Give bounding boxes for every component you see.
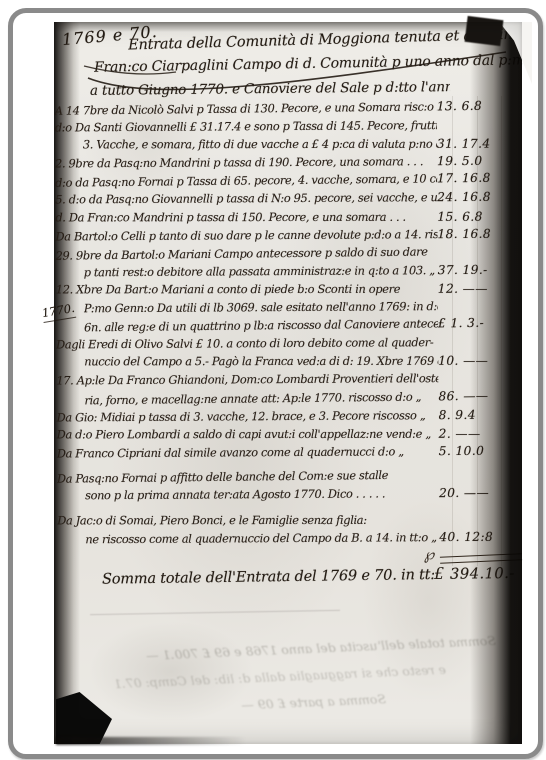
entry-text: 3. Vacche, e somara, fitto di due vacche… <box>83 135 437 154</box>
page-right-gutter-shadow <box>470 22 522 744</box>
ledger-line: p tanti rest:o debitore alla passata amm… <box>70 260 516 281</box>
entry-text: Da d:o Piero Lombardi a saldo di capi av… <box>57 424 439 443</box>
ledger-line: Dagli Eredi di Olivo Salvi £ 10. a conto… <box>70 333 516 354</box>
page-bottom-edge-shadow <box>56 737 246 745</box>
ledger-line: 5. d:o da Pasq:no Giovannelli p tassa di… <box>69 188 515 209</box>
lira-currency-sign: £ <box>434 564 450 583</box>
ledger-line: d. Da Fran:co Mandrini p tassa di 150. P… <box>69 207 515 226</box>
ledger-line: 3. Vacche, e somara, fitto di due vacche… <box>69 135 515 154</box>
entry-text: nuccio del Campo a 5.- Pagò la Franca ve… <box>84 352 438 371</box>
ledger-lines: A 14 7bre da Nicolò Salvi p Tassa di 130… <box>69 98 518 549</box>
entry-text: Da Gio: Midiai p tassa di 3. vacche, 12.… <box>57 406 439 426</box>
ledger-line: Da d:o Piero Lombardi a saldo di capi av… <box>71 424 517 443</box>
entry-text: sono p la prima annata ter:ata Agosto 17… <box>85 484 439 504</box>
ledger-line: ne riscosso come al quadernuccio del Cam… <box>71 528 517 549</box>
bleedthrough-text: Somma totale dell'uscita del anno 1768 e… <box>76 636 496 717</box>
entry-text: Da Jac:o di Somai, Piero Bonci, e le Fam… <box>57 511 439 530</box>
binding-shadow-patch <box>465 16 504 46</box>
entry-text: 5. d:o da Pasq:no Giovannelli p tassa di… <box>55 189 437 209</box>
entry-text: d:o Da Santi Giovannelli £ 31.17.4 e son… <box>55 116 437 136</box>
entry-text: p tanti rest:o debitore alla passata amm… <box>84 261 438 281</box>
entry-text: d. Da Fran:co Mandrini p tassa di 150. P… <box>55 207 437 226</box>
entry-text: 17. Ap:le Da Franco Ghiandoni, Dom:co Lo… <box>56 370 438 390</box>
entry-text: ne riscosso come al quadernuccio del Cam… <box>85 528 439 548</box>
ledger-line: 12. Xbre Da Bart:o Mariani a conto di pi… <box>70 280 516 299</box>
ledger-line: d:o Da Santi Giovannelli £ 31.17.4 e son… <box>69 116 515 137</box>
pen-flourish: ℘ <box>423 545 434 563</box>
ledger-line: Da Gio: Midiai p tassa di 3. vacche, 12.… <box>71 405 517 426</box>
ledger-line: Da Jac:o di Somai, Piero Bonci, e le Fam… <box>71 511 517 530</box>
entry-text: Da Franco Cipriani dal simile avanzo com… <box>57 442 439 462</box>
ledger-line: Da Franco Cipriani dal simile avanzo com… <box>71 441 517 462</box>
entry-text: 12. Xbre Da Bart:o Mariani a conto di pi… <box>56 280 438 299</box>
ledger-line: nuccio del Campo a 5.- Pagò la Franca ve… <box>70 352 516 371</box>
scanned-manuscript-viewer: 1769 e 70. Entrata della Comunità di Mog… <box>0 0 546 760</box>
ledger-line: sono p la prima annata ter:ata Agosto 17… <box>71 484 517 505</box>
entry-text: Dagli Eredi di Olivo Salvi £ 10. a conto… <box>56 333 438 353</box>
